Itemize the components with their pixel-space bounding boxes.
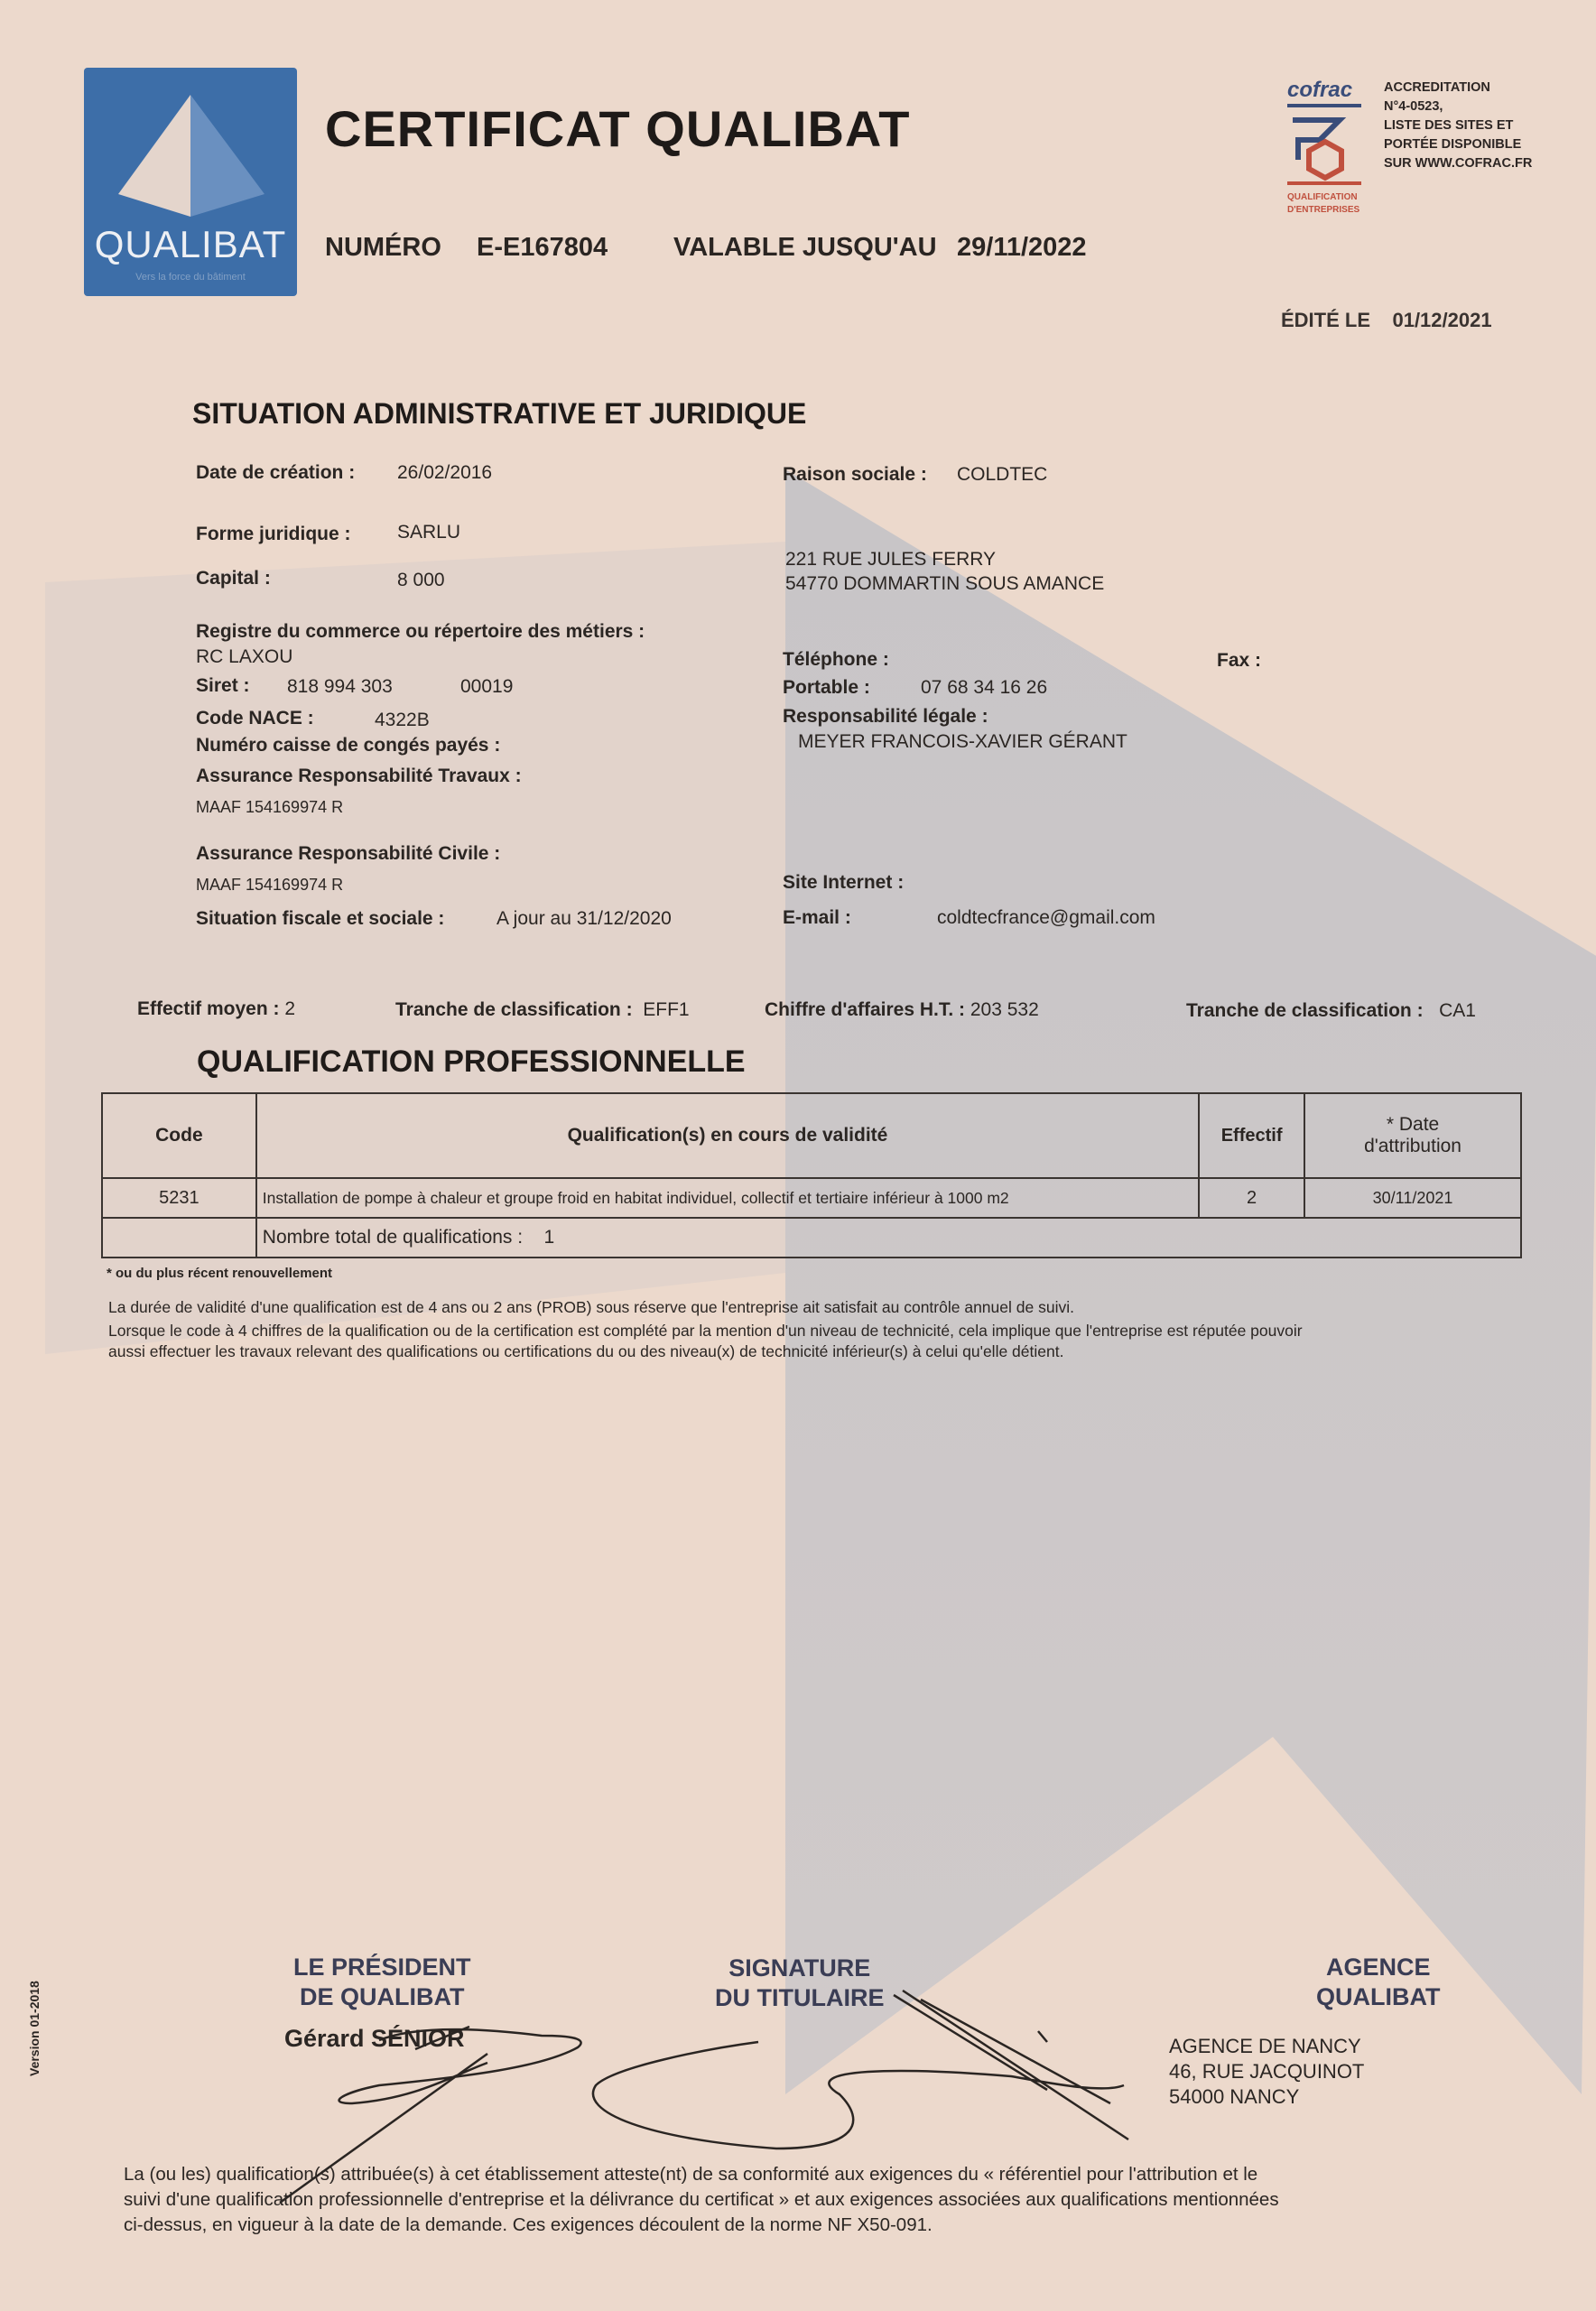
row-effectif: 2 — [1199, 1178, 1304, 1218]
svg-text:QUALIFICATION: QUALIFICATION — [1287, 192, 1358, 202]
date-creation-label: Date de création : — [196, 462, 355, 484]
edition-date: ÉDITÉ LE 01/12/2021 — [1281, 309, 1492, 332]
valable-label: VALABLE JUSQU'AU — [673, 233, 937, 263]
titulaire-heading: SIGNATURE DU TITULAIRE — [715, 1954, 884, 2013]
column-header-effectif: Effectif — [1199, 1093, 1304, 1178]
portable-value: 07 68 34 16 26 — [921, 677, 1047, 699]
footnote: * ou du plus récent renouvellement — [107, 1266, 332, 1281]
accreditation-text: ACCREDITATION N°4-0523, LISTE DES SITES … — [1384, 79, 1532, 173]
president-heading: LE PRÉSIDENT DE QUALIBAT — [293, 1953, 471, 2012]
nace-label: Code NACE : — [196, 708, 314, 729]
column-header-qualification: Qualification(s) en cours de validité — [256, 1093, 1199, 1178]
agence-heading: AGENCE QUALIBAT — [1316, 1953, 1440, 2012]
email-label: E-mail : — [783, 907, 851, 929]
registre-label: Registre du commerce ou répertoire des m… — [196, 621, 645, 643]
column-header-date: * Date d'attribution — [1304, 1093, 1521, 1178]
date-creation-value: 26/02/2016 — [397, 462, 492, 484]
responsabilite-legale-label: Responsabilité légale : — [783, 706, 988, 728]
table-total-row: Nombre total de qualifications : 1 — [102, 1218, 1521, 1258]
siret-label: Siret : — [196, 675, 250, 697]
capital-value: 8 000 — [397, 570, 445, 591]
agence-address: AGENCE DE NANCY 46, RUE JACQUINOT 54000 … — [1169, 2034, 1364, 2110]
responsabilite-legale-value: MEYER FRANCOIS-XAVIER GÉRANT — [798, 731, 1127, 753]
forme-juridique-value: SARLU — [397, 522, 460, 543]
total-qualifications: Nombre total de qualifications : 1 — [256, 1218, 1521, 1258]
cofrac-logo-icon: cofrac QUALIFICATION D'ENTREPRISES — [1285, 77, 1363, 226]
raison-sociale-label: Raison sociale : — [783, 464, 927, 486]
capital-label: Capital : — [196, 568, 271, 589]
row-date: 30/11/2021 — [1304, 1178, 1521, 1218]
qualibat-logo: QUALIBAT Vers la force du bâtiment — [84, 68, 297, 296]
tranche-ca: Tranche de classification : CA1 — [1186, 1000, 1476, 1022]
version-label: Version 01-2018 — [27, 1981, 42, 2076]
fax-label: Fax : — [1217, 650, 1261, 672]
caisse-conges-label: Numéro caisse de congés payés : — [196, 735, 500, 756]
qualification-section-title: QUALIFICATION PROFESSIONNELLE — [197, 1044, 746, 1080]
valable-value: 29/11/2022 — [957, 233, 1087, 263]
effectif-moyen: Effectif moyen : 2 — [137, 998, 295, 1020]
tranche-effectif: Tranche de classification : EFF1 — [395, 999, 690, 1021]
assurance-travaux-label: Assurance Responsabilité Travaux : — [196, 766, 522, 787]
logo-text: QUALIBAT — [84, 223, 297, 266]
table-row: 5231 Installation de pompe à chaleur et … — [102, 1178, 1521, 1218]
siret-suffix: 00019 — [460, 676, 513, 698]
validity-note-3: aussi effectuer les travaux relevant des… — [108, 1342, 1063, 1361]
certificate-title: CERTIFICAT QUALIBAT — [325, 99, 910, 158]
situation-fiscale-label: Situation fiscale et sociale : — [196, 908, 444, 930]
numero-value: E-E167804 — [477, 233, 608, 263]
forme-juridique-label: Forme juridique : — [196, 524, 351, 545]
column-header-code: Code — [102, 1093, 256, 1178]
assurance-travaux-value: MAAF 154169974 R — [196, 798, 343, 817]
footer-text: La (ou les) qualification(s) attribuée(s… — [124, 2162, 1279, 2238]
numero-label: NUMÉRO — [325, 233, 441, 263]
row-qualification: Installation de pompe à chaleur et group… — [256, 1178, 1199, 1218]
row-code: 5231 — [102, 1178, 256, 1218]
assurance-civile-label: Assurance Responsabilité Civile : — [196, 843, 500, 865]
address-line2: 54770 DOMMARTIN SOUS AMANCE — [785, 573, 1104, 595]
raison-sociale-value: COLDTEC — [957, 464, 1047, 486]
svg-text:cofrac: cofrac — [1287, 78, 1352, 102]
nace-value: 4322B — [375, 710, 430, 731]
address-line1: 221 RUE JULES FERRY — [785, 549, 996, 571]
telephone-label: Téléphone : — [783, 649, 889, 671]
assurance-civile-value: MAAF 154169974 R — [196, 876, 343, 895]
situation-fiscale-value: A jour au 31/12/2020 — [496, 908, 672, 930]
chiffre-affaires: Chiffre d'affaires H.T. : 203 532 — [765, 999, 1039, 1021]
validity-note-2: Lorsque le code à 4 chiffres de la quali… — [108, 1322, 1303, 1341]
svg-text:D'ENTREPRISES: D'ENTREPRISES — [1287, 205, 1360, 215]
site-internet-label: Site Internet : — [783, 872, 904, 894]
table-header-row: Code Qualification(s) en cours de validi… — [102, 1093, 1521, 1178]
validity-note-1: La durée de validité d'une qualification… — [108, 1298, 1074, 1317]
situation-section-title: SITUATION ADMINISTRATIVE ET JURIDIQUE — [192, 397, 806, 431]
logo-tagline: Vers la force du bâtiment — [84, 272, 297, 283]
siret-value: 818 994 303 — [287, 676, 393, 698]
qualification-table: Code Qualification(s) en cours de validi… — [101, 1092, 1522, 1258]
portable-label: Portable : — [783, 677, 870, 699]
email-value[interactable]: coldtecfrance@gmail.com — [937, 907, 1155, 929]
registre-value: RC LAXOU — [196, 646, 292, 668]
president-name: Gérard SÉNIOR — [284, 2025, 465, 2053]
